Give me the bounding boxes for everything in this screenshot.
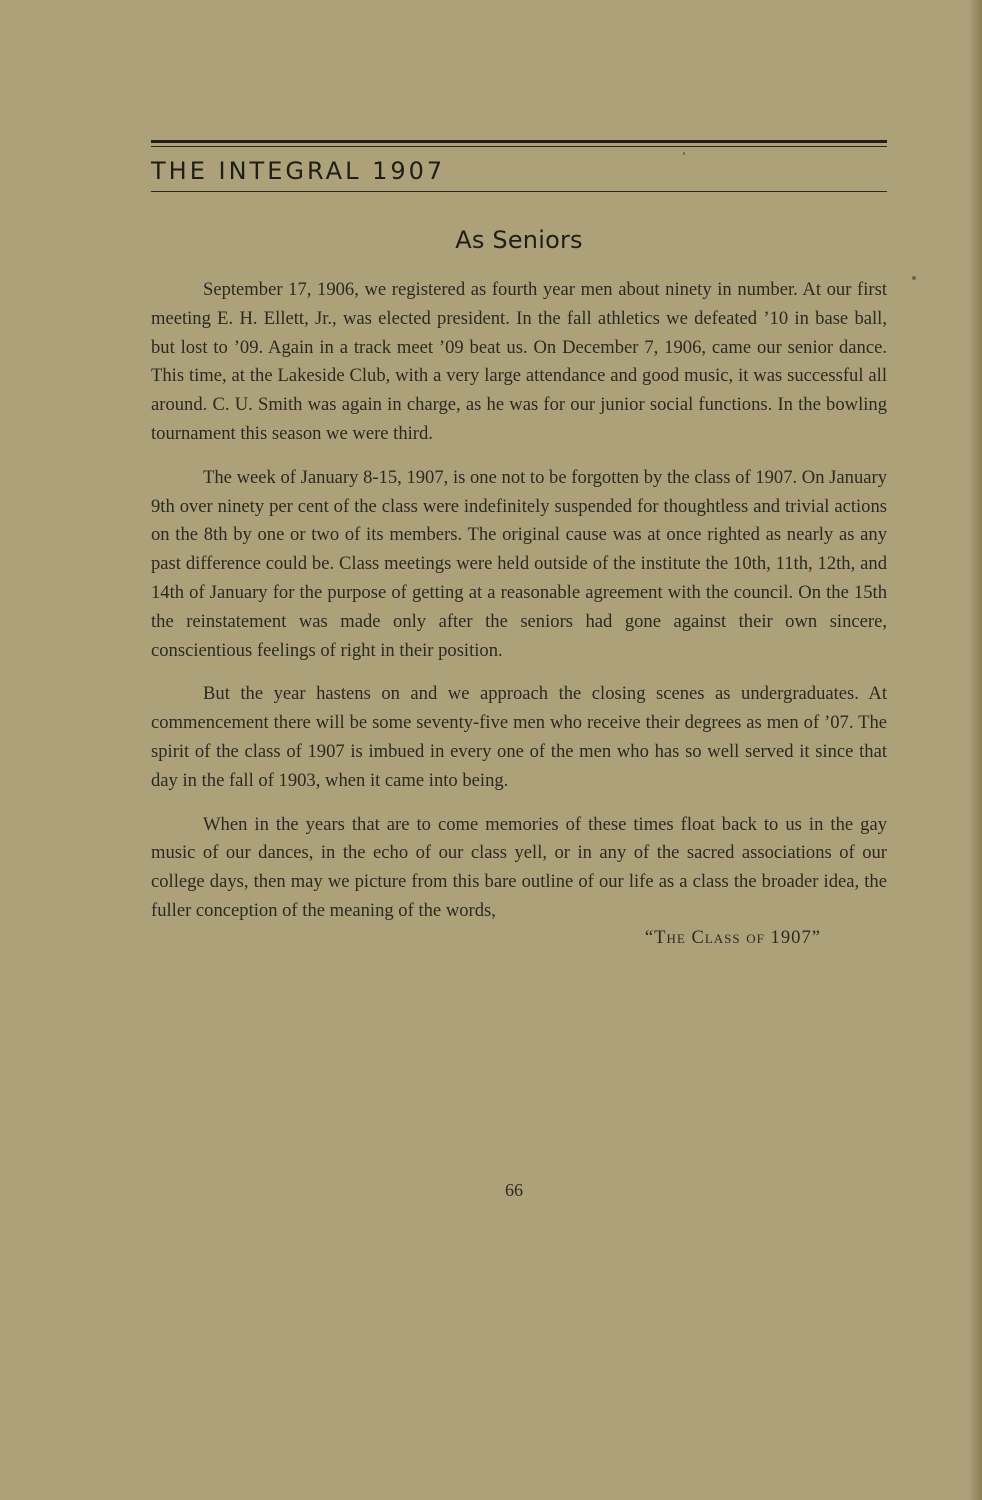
header-rule-bottom: [151, 191, 887, 192]
article-body: September 17, 1906, we registered as fou…: [151, 276, 887, 953]
paragraph: But the year hastens on and we approach …: [151, 680, 887, 795]
paper-speck: [683, 152, 685, 155]
page-number: 66: [0, 1180, 982, 1201]
paragraph: When in the years that are to come memor…: [151, 811, 887, 926]
paper-speck: [912, 276, 916, 280]
paragraph: The week of January 8-15, 1907, is one n…: [151, 464, 887, 666]
page-edge-shadow: [968, 0, 982, 1500]
page-header: THE INTEGRAL 1907: [151, 140, 887, 192]
header-rule-top-thin: [151, 146, 887, 147]
running-head: THE INTEGRAL 1907: [151, 157, 887, 185]
article-title: As Seniors: [151, 226, 887, 254]
signoff-quote: “The Class of 1907”: [151, 924, 887, 953]
paragraph: September 17, 1906, we registered as fou…: [151, 276, 887, 449]
